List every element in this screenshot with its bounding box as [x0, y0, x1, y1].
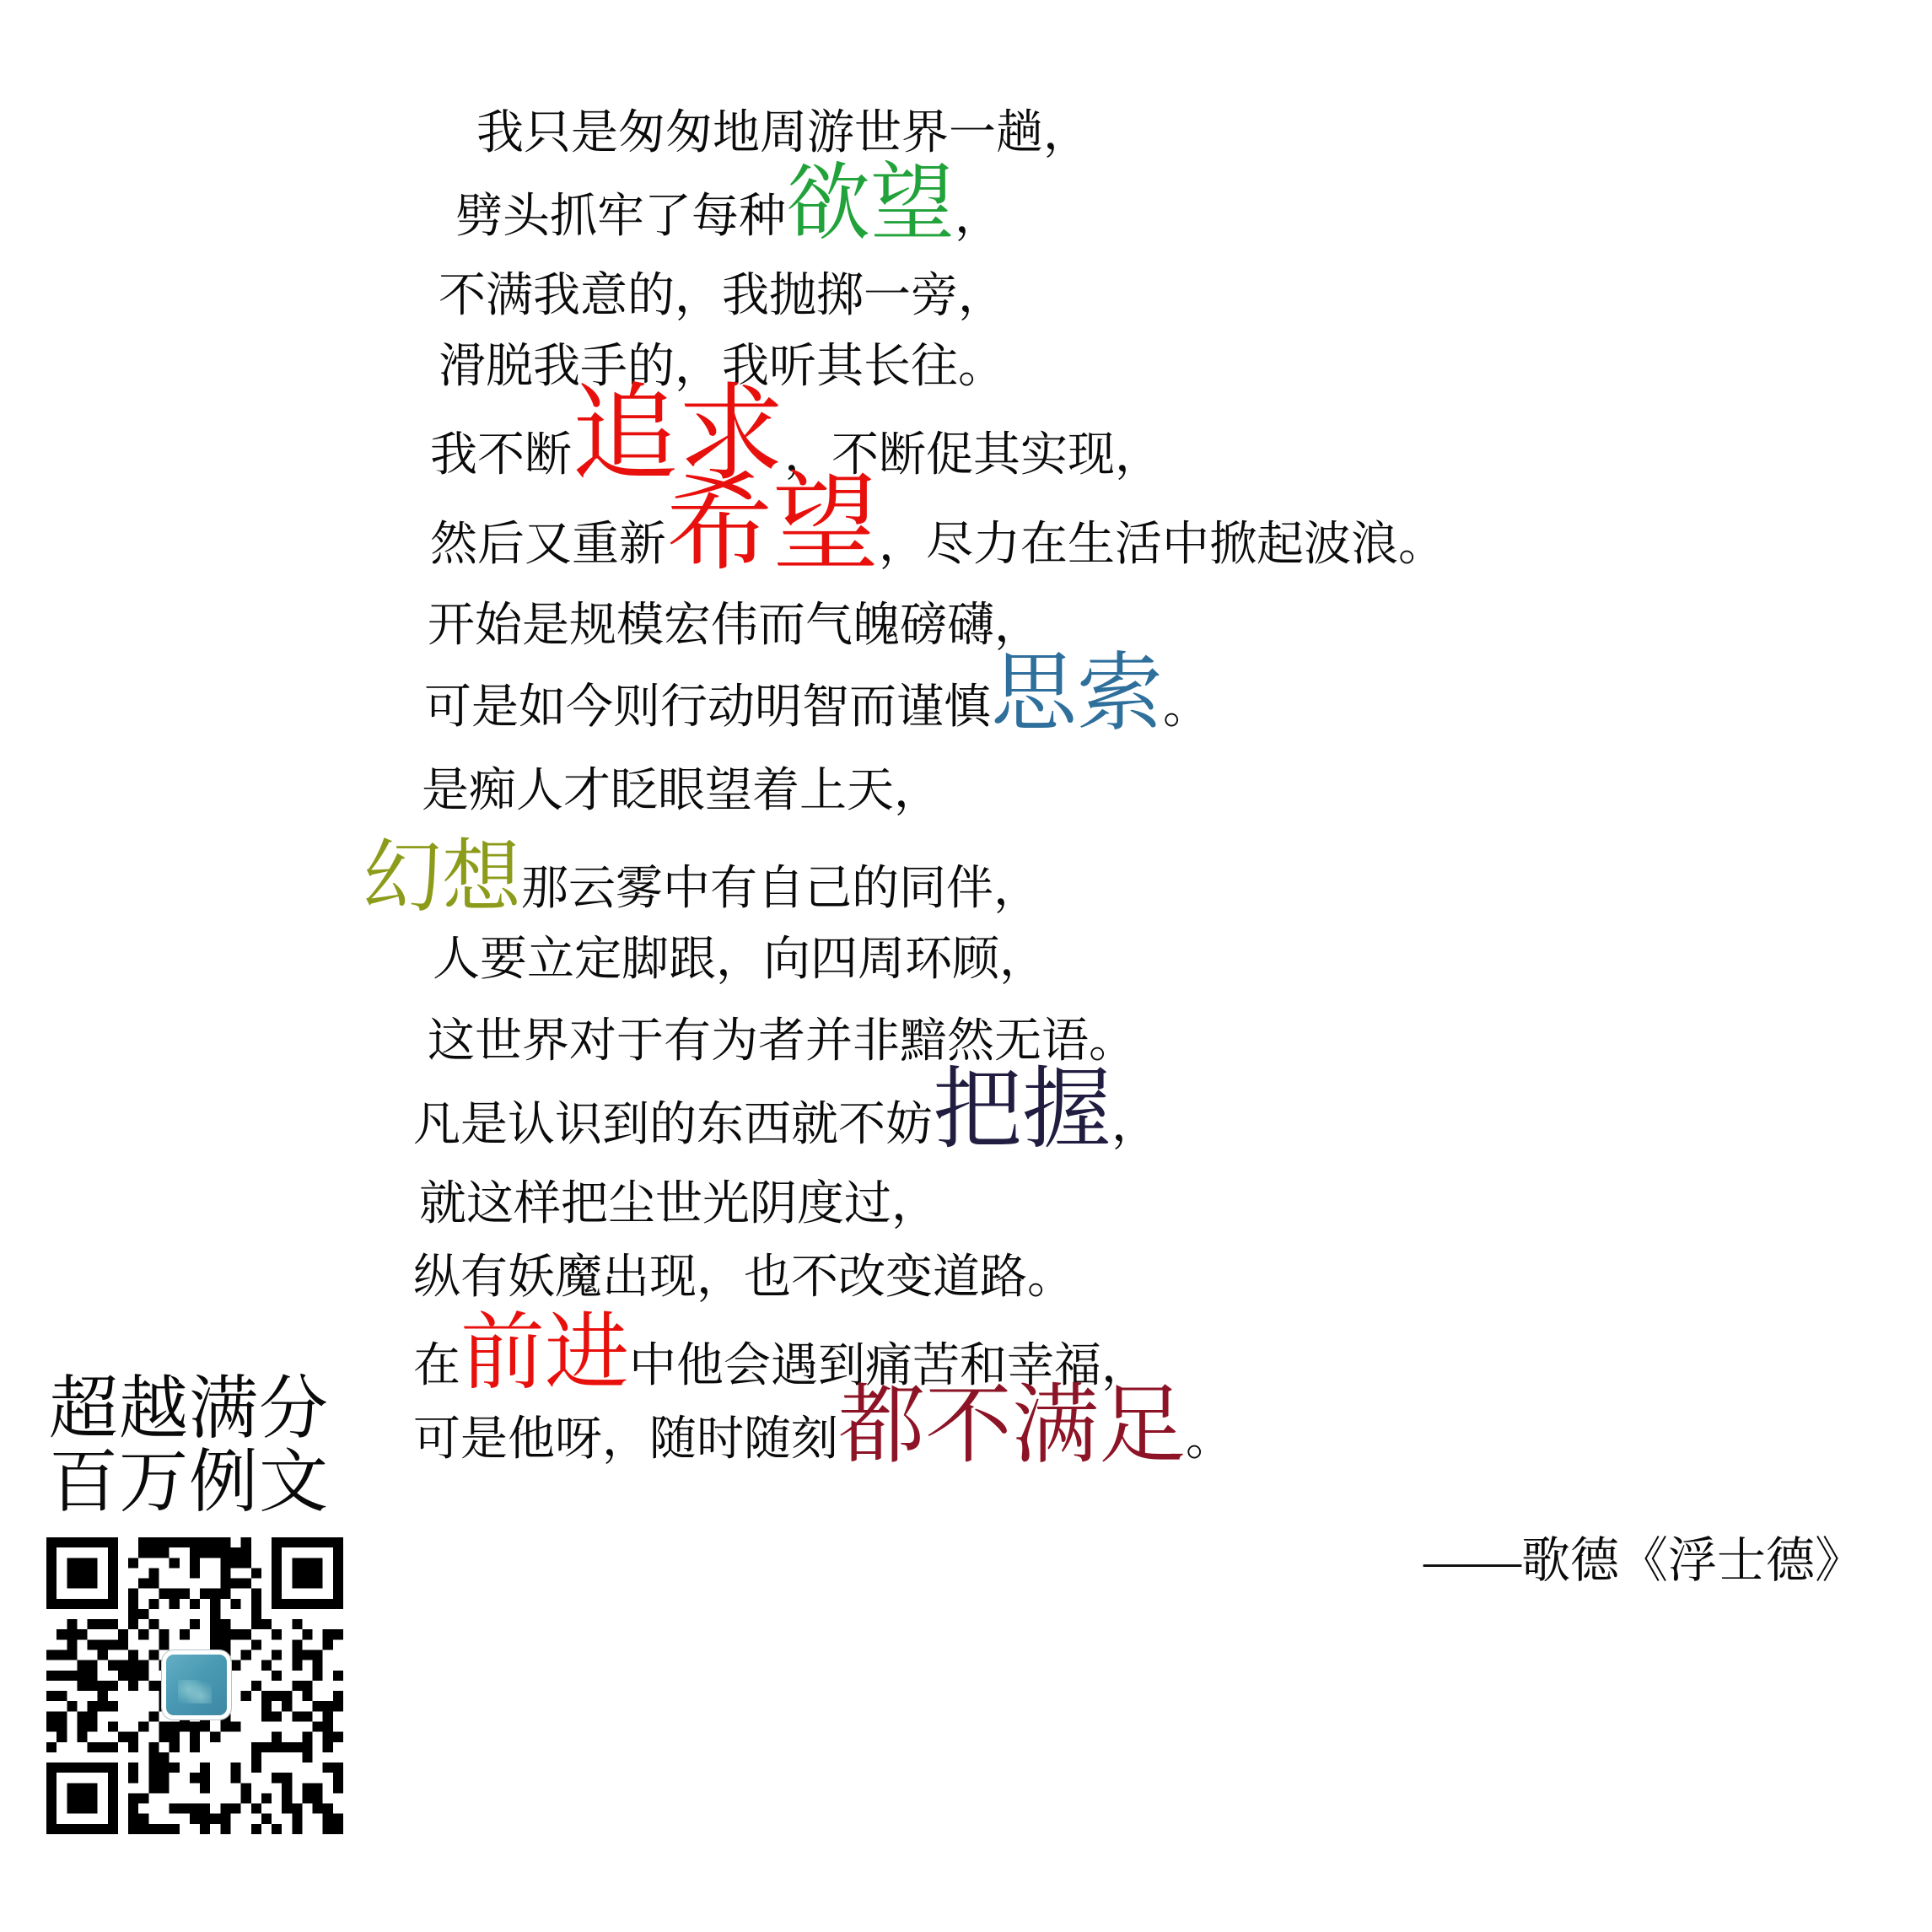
- attribution: ——歌德《浮士德》: [1423, 1536, 1864, 1585]
- highlight-word: 希望: [666, 466, 879, 584]
- highlight-word: 都不满足: [838, 1378, 1186, 1474]
- qr-center-logo-icon: [162, 1650, 231, 1719]
- poem-line: 劈头抓牢了每种欲望，: [455, 162, 1002, 246]
- poem-text: 可是如今则行动明智而谨慎: [424, 681, 991, 734]
- highlight-word: 思索: [991, 647, 1163, 742]
- poem-line: 开始是规模宏伟而气魄磅礴，: [428, 602, 1041, 649]
- poem-line: 不满我意的，我抛掷一旁，: [439, 272, 1005, 320]
- poem-text: 这世界对于有为者并非黯然无语。: [428, 1015, 1136, 1068]
- poem-line: 凡是认识到的东西就不妨把握，: [413, 1066, 1159, 1155]
- poem-line: 是痴人才眨眼望着上天，: [422, 767, 941, 815]
- poem-line: 幻想那云雾中有自己的同伴，: [363, 838, 1041, 918]
- poem-text: 。: [1186, 1413, 1233, 1466]
- poem-text: ，: [955, 191, 1002, 243]
- poem-line: 这世界对于有为者并非黯然无语。: [428, 1018, 1136, 1065]
- poem-text: 凡是认识到的东西就不妨: [413, 1099, 933, 1151]
- poem-line: 纵有妖魔出现，也不改变道路。: [413, 1254, 1074, 1301]
- poem-line: 人要立定脚跟，向四周环顾，: [433, 936, 1047, 983]
- poem-text: 开始是规模宏伟而气魄磅礴，: [428, 600, 1041, 652]
- poem-text: 不满我意的，我抛掷一旁，: [439, 270, 1005, 322]
- poem-text: 是痴人才眨眼望着上天，: [422, 765, 941, 817]
- poem-line: 我只是匆匆地周游世界一趟，: [476, 110, 1090, 157]
- highlight-word: 欲望: [786, 157, 955, 250]
- poem-text: 劈头抓牢了每种: [455, 191, 786, 243]
- poem-text: 我只是匆匆地周游世界一趟，: [476, 107, 1090, 159]
- poem-text: 那云雾中有自己的同伴，: [521, 863, 1041, 915]
- poem-text: ，: [1111, 1099, 1159, 1151]
- qr-code: [46, 1537, 343, 1834]
- poem-text: 可是他呀，随时随刻: [413, 1413, 838, 1466]
- poem-text: 就这样把尘世光阴度过，: [419, 1178, 939, 1230]
- poem-text: 然后又重新: [430, 519, 666, 571]
- brand-line-2: 百万例文: [49, 1446, 329, 1520]
- highlight-word: 把握: [933, 1061, 1111, 1160]
- poem-text: 。: [1163, 681, 1210, 734]
- poem-line: 就这样把尘世光阴度过，: [419, 1181, 939, 1228]
- brand-slogan: 超越满分 百万例文: [49, 1373, 329, 1520]
- poem-line: 然后又重新希望，尽力在生活中掀起波浪。: [430, 472, 1445, 579]
- poem-text: 纵有妖魔出现，也不改变道路。: [413, 1251, 1074, 1304]
- highlight-word: 幻想: [363, 834, 521, 922]
- brand-line-1: 超越满分: [49, 1373, 329, 1446]
- poem-text: 人要立定脚跟，向四周环顾，: [433, 934, 1047, 986]
- poem-text: ，尽力在生活中掀起波浪。: [879, 519, 1445, 571]
- poem-line: 可是他呀，随时随刻都不满足。: [413, 1383, 1233, 1470]
- poem-line: 可是如今则行动明智而谨慎思索。: [424, 652, 1210, 738]
- poster: 我只是匆匆地周游世界一趟，劈头抓牢了每种欲望，不满我意的，我抛掷一旁，滑脱我手的…: [0, 0, 1932, 1932]
